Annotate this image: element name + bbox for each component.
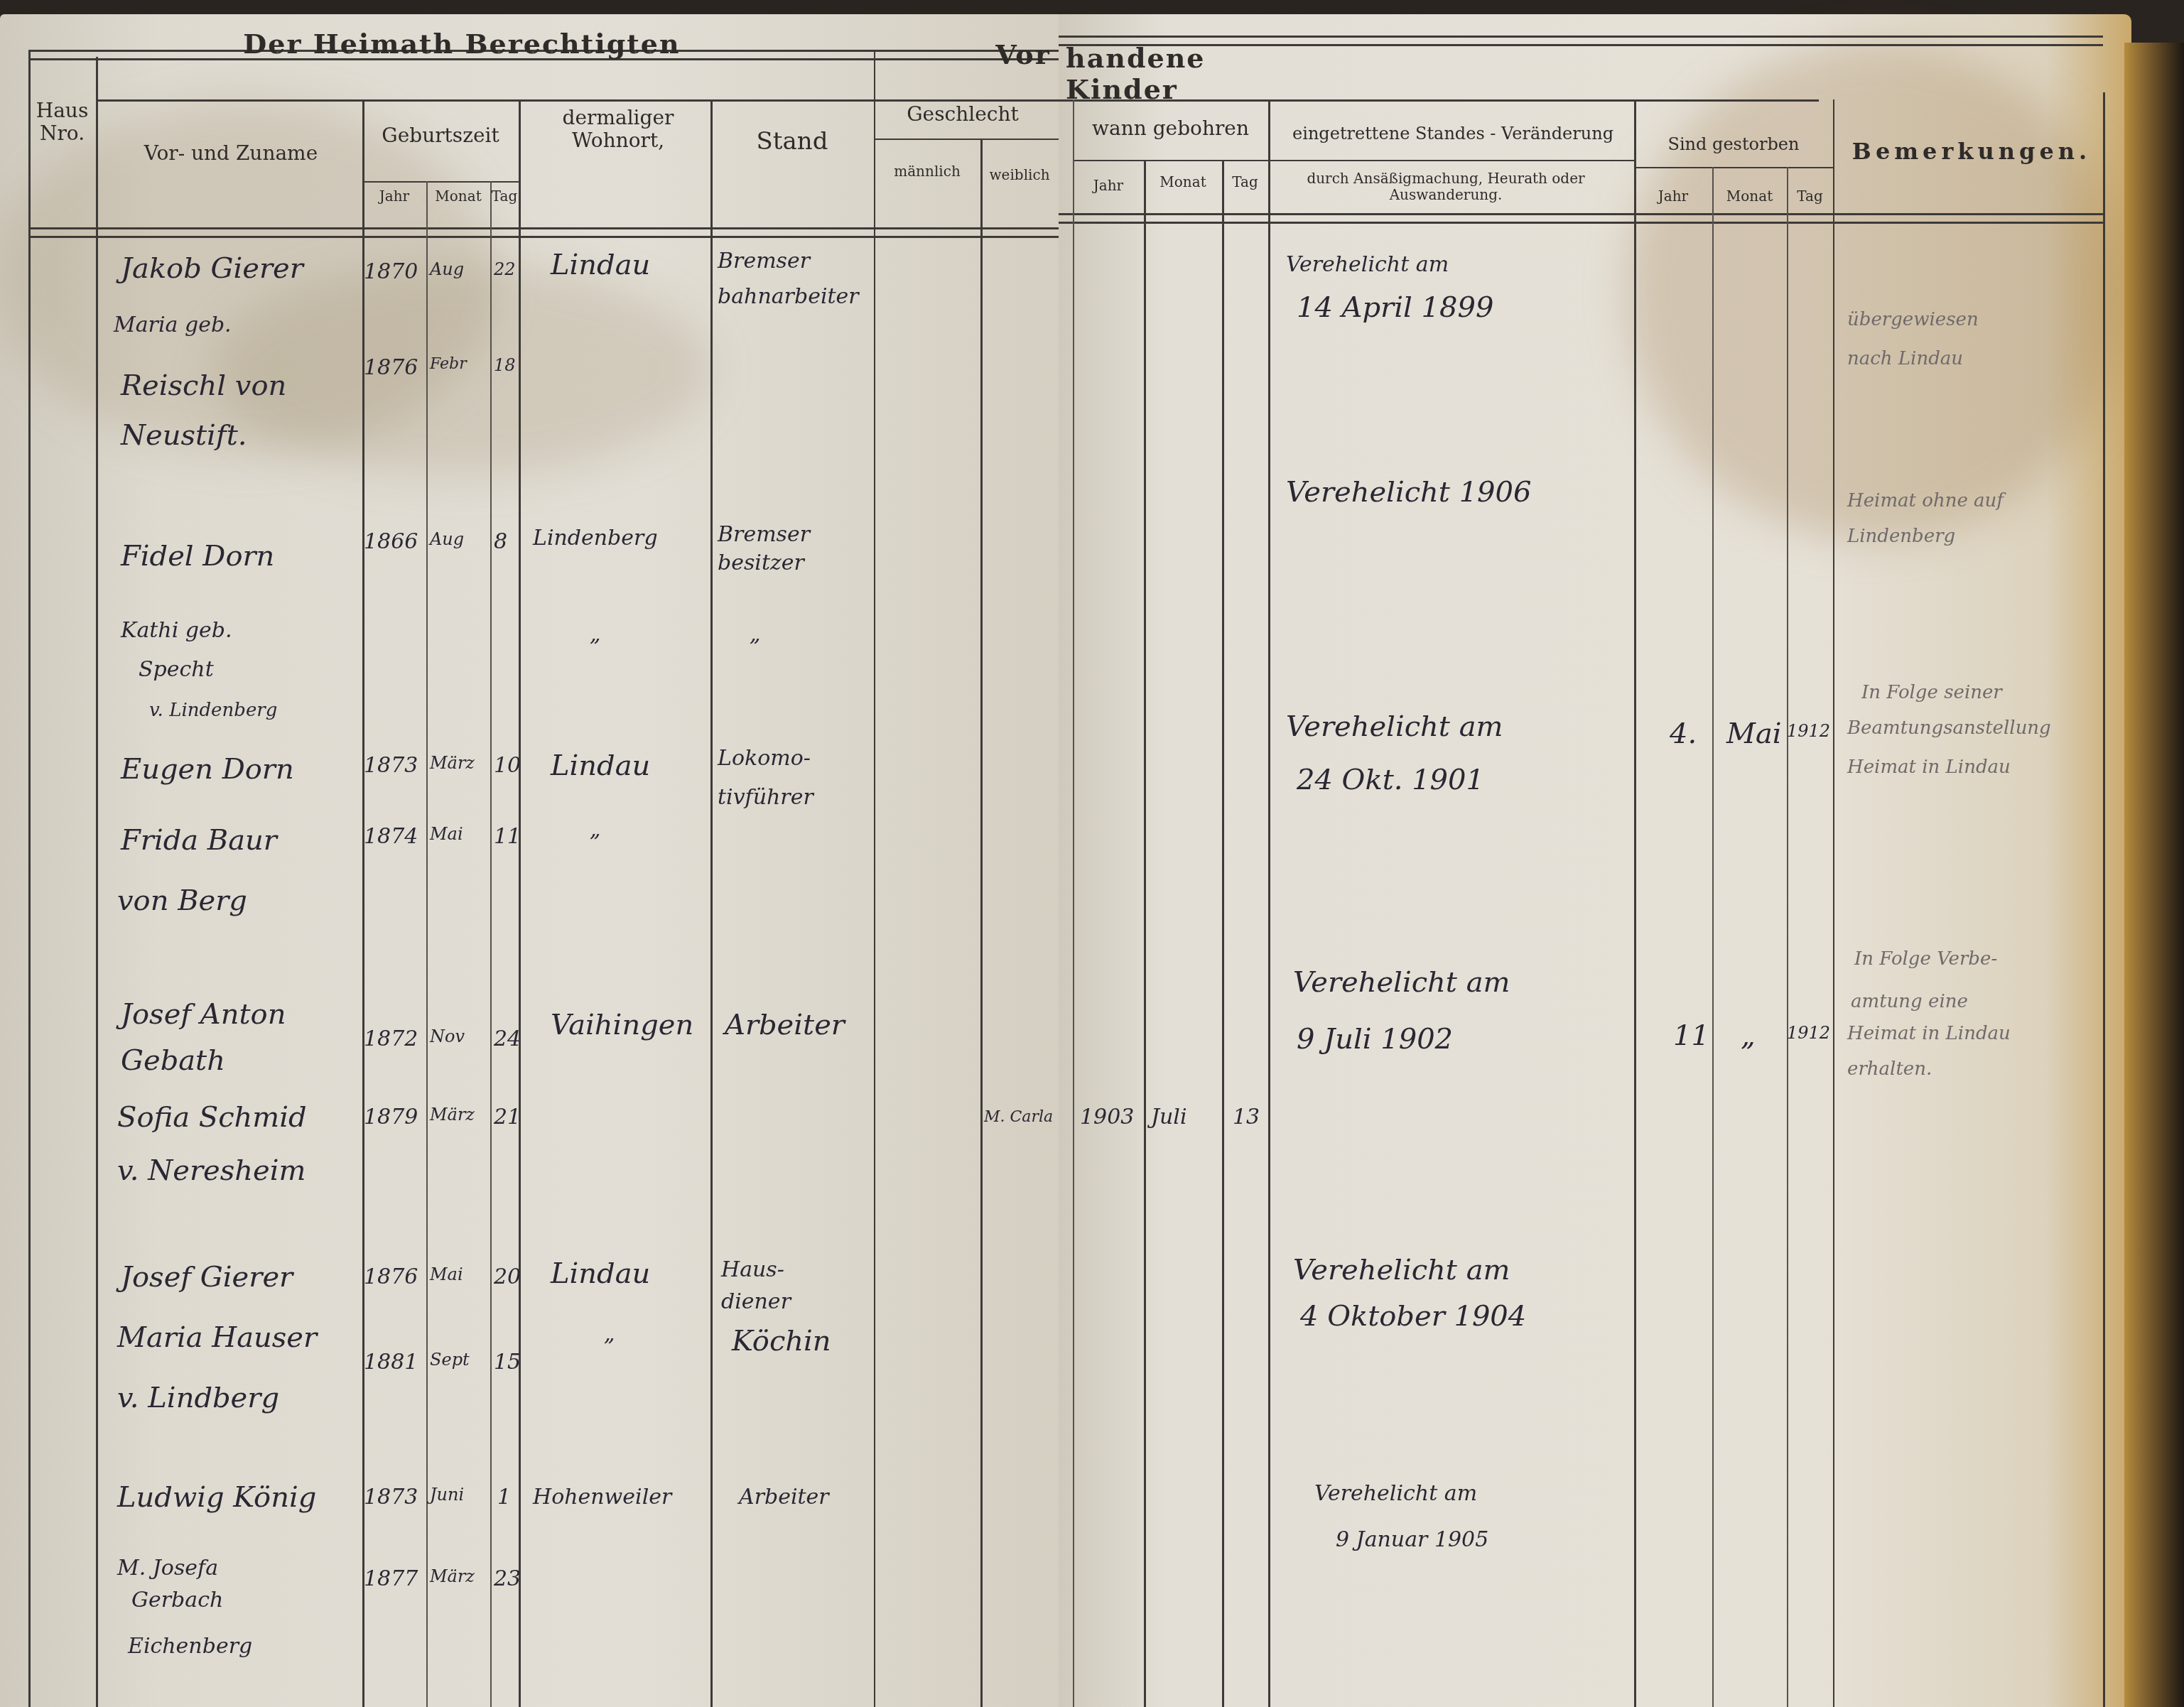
wohnort-ditto: „ [604, 1321, 615, 1346]
col-line [1634, 99, 1636, 1707]
kind-jahr: 1903 [1080, 1105, 1134, 1129]
wohnort: Hohenweiler [533, 1485, 671, 1510]
birth-day: 10 [494, 753, 521, 778]
stand-line: Bremser [718, 249, 810, 273]
birth-day: 22 [494, 259, 516, 279]
header-kind-jahr: Jahr [1073, 178, 1144, 194]
birth-day: 15 [494, 1350, 521, 1375]
bemerkung-line: Beamtungsanstellung [1847, 717, 2051, 739]
stand-line: tivführer [718, 785, 813, 810]
birth-year: 1881 [364, 1350, 418, 1375]
col-line [28, 50, 31, 1707]
col-line [980, 139, 983, 1707]
stand-ditto: „ [750, 622, 761, 646]
name-line: Sofia Schmid [117, 1101, 307, 1134]
header-bemerkungen: Bemerkungen. [1840, 139, 2103, 165]
gestorben-tag: 4. [1670, 717, 1697, 750]
geburtszeit-subrule [362, 181, 519, 183]
veraenderung-line: 9 Juli 1902 [1297, 1023, 1453, 1056]
header-kind-monat: Monat [1144, 174, 1222, 190]
header-bottom-rule-left [28, 227, 1059, 238]
stand-line: Bremser [718, 522, 810, 547]
name-line: Eugen Dorn [121, 753, 294, 786]
veraenderung-line: Verehelicht am [1286, 252, 1449, 277]
bemerkung-line: erhalten. [1847, 1058, 1932, 1080]
col-line [362, 99, 364, 1707]
name-line: Maria geb. [114, 313, 232, 337]
stand-line: Lokomo- [718, 746, 811, 771]
birth-day: 18 [494, 355, 516, 375]
left-page-title: Der Heimath Berechtigten [213, 28, 710, 60]
veraenderung-line: Verehelicht am [1286, 710, 1503, 743]
wohnort: Vaihingen [551, 1009, 693, 1041]
birth-month: März [430, 753, 475, 773]
header-geburtszeit: Geburtszeit [362, 124, 519, 147]
birth-year: 1872 [364, 1026, 418, 1051]
gestorben-tag: 11 [1673, 1019, 1709, 1052]
wohnort-ditto: „ [590, 817, 601, 842]
birth-year: 1866 [364, 529, 418, 554]
header-name: Vor- und Zuname [107, 142, 355, 165]
wohnort-ditto: „ [590, 622, 601, 646]
standes-subrule [1268, 160, 1634, 161]
header-geburt-tag: Tag [490, 188, 519, 205]
birth-month: März [430, 1566, 475, 1586]
birth-day: 24 [494, 1026, 521, 1051]
col-line [490, 181, 492, 1707]
header-geburt-monat: Monat [426, 188, 490, 205]
birth-year: 1870 [364, 259, 418, 284]
kind-name: M. Carla [984, 1108, 1053, 1126]
veraenderung-line: 24 Okt. 1901 [1297, 764, 1484, 796]
stand-line: Köchin [732, 1325, 831, 1358]
veraenderung-line: Verehelicht 1906 [1286, 476, 1531, 509]
birth-year: 1877 [364, 1566, 418, 1591]
bemerkung-line: amtung eine [1851, 991, 1968, 1012]
gestorben-jahr: 1912 [1787, 1023, 1830, 1043]
wohnort: Lindau [551, 249, 650, 281]
col-line [1073, 99, 1074, 1707]
col-line [1712, 167, 1714, 1707]
name-line: Frida Baur [121, 824, 277, 857]
birth-day: 11 [494, 824, 521, 849]
wohnort: Lindau [551, 1257, 650, 1290]
birth-month: Febr [430, 355, 467, 373]
header-stand: Stand [710, 128, 874, 156]
header-rule-left [96, 99, 1059, 102]
header-gestorben-monat: Monat [1712, 188, 1787, 205]
bemerkung-line: Lindenberg [1847, 526, 1955, 547]
bemerkung-line: In Folge seiner [1861, 682, 2002, 703]
veraenderung-line: Verehelicht am [1293, 966, 1510, 999]
name-line: von Berg [117, 884, 247, 917]
col-line-double [1833, 99, 1838, 1707]
stand-line: besitzer [718, 551, 804, 575]
name-line: Fidel Dorn [121, 540, 274, 573]
bemerkung-line: Heimat in Lindau [1847, 757, 2011, 778]
birth-month: Mai [430, 824, 463, 844]
birth-day: 23 [494, 1566, 521, 1591]
right-page-title: handene Kinder [1066, 43, 1314, 104]
stand-line: Arbeiter [739, 1485, 829, 1510]
kind-tag: 13 [1233, 1105, 1260, 1129]
book-edge [2124, 43, 2184, 1707]
name-line: Reischl von [121, 369, 286, 402]
stand-line: diener [721, 1289, 791, 1314]
header-geburt-jahr: Jahr [362, 188, 426, 205]
header-gestorben-tag: Tag [1787, 188, 1833, 205]
gestorben-monat: „ [1741, 1019, 1756, 1052]
stand-line: Haus- [721, 1257, 784, 1282]
birth-month: Aug [430, 529, 464, 549]
col-line [1222, 160, 1224, 1707]
col-line [1787, 167, 1788, 1707]
header-sind-gestorben: Sind gestorben [1634, 135, 1833, 155]
bemerkung-line: Heimat ohne auf [1847, 490, 2004, 511]
veraenderung-line: 9 Januar 1905 [1336, 1527, 1488, 1552]
birth-year: 1876 [364, 355, 418, 380]
header-geschlecht: Geschlecht [874, 103, 1052, 126]
birth-month: Mai [430, 1264, 463, 1284]
header-standesveraenderung: eingetrettene Standes - Veränderung [1279, 124, 1627, 144]
birth-day: 21 [494, 1105, 521, 1129]
wohnort: Lindenberg [533, 526, 658, 551]
name-line: v. Lindenberg [149, 700, 277, 721]
header-rule-right [1059, 99, 1819, 102]
name-line: Kathi geb. [121, 618, 232, 643]
header-kind-tag: Tag [1222, 174, 1268, 190]
name-line: Josef Gierer [121, 1261, 293, 1294]
wohnort: Lindau [551, 749, 650, 782]
header-wann-gebohren: wann gebohren [1073, 117, 1268, 140]
stand-line: Arbeiter [725, 1009, 845, 1041]
birth-day: 8 [494, 529, 507, 554]
name-line: Jakob Gierer [121, 252, 303, 285]
birth-day: 20 [494, 1264, 521, 1289]
name-line: v. Lindberg [117, 1382, 279, 1414]
birth-year: 1876 [364, 1264, 418, 1289]
col-line [1268, 99, 1270, 1707]
header-bottom-rule-right [1059, 213, 2103, 224]
gestorben-monat: Mai [1726, 717, 1782, 750]
col-line-double [874, 50, 879, 1707]
name-line: Neustift. [121, 419, 247, 452]
bemerkung-line: übergewiesen [1847, 309, 1979, 330]
col-line [426, 181, 428, 1707]
col-line [1144, 160, 1146, 1707]
right-page [1059, 14, 2131, 1707]
header-haus-nr: Haus Nro. [28, 99, 96, 145]
name-line: Gebath [121, 1044, 225, 1077]
name-line: Gerbach [131, 1588, 223, 1613]
birth-day: 1 [497, 1485, 511, 1510]
name-line: Josef Anton [121, 998, 286, 1031]
kind-monat: Juli [1151, 1105, 1187, 1129]
birth-month: Juni [430, 1485, 464, 1505]
birth-month: Aug [430, 259, 464, 279]
birth-year: 1874 [364, 824, 418, 849]
col-line [2103, 92, 2105, 1707]
name-line: Ludwig König [117, 1481, 316, 1514]
name-line: Maria Hauser [117, 1321, 317, 1354]
birth-year: 1879 [364, 1105, 418, 1129]
birth-month: Nov [430, 1026, 465, 1046]
name-line: v. Neresheim [117, 1154, 306, 1187]
header-gestorben-jahr: Jahr [1634, 188, 1712, 205]
header-maennlich: männlich [874, 163, 980, 180]
geschlecht-subrule [874, 139, 1059, 140]
wann-gebohren-subrule [1073, 160, 1268, 161]
bemerkung-line: nach Lindau [1847, 348, 1963, 369]
bemerkung-line: In Folge Verbe- [1854, 948, 1997, 970]
col-line [710, 99, 713, 1707]
name-line: Specht [139, 657, 214, 682]
birth-month: Sept [430, 1350, 470, 1370]
birth-month: März [430, 1105, 475, 1125]
header-wohnort: dermaliger Wohnort, [540, 107, 696, 152]
veraenderung-line: 4 Oktober 1904 [1300, 1300, 1526, 1333]
col-line [519, 99, 521, 1707]
header-standes-sub: durch Ansäßigmachung, Heurath oder Auswa… [1293, 170, 1599, 203]
name-line: Eichenberg [128, 1634, 252, 1659]
birth-year: 1873 [364, 753, 418, 778]
veraenderung-line: Verehelicht am [1314, 1481, 1477, 1506]
name-line: M. Josefa [117, 1556, 218, 1581]
gestorben-subrule [1634, 167, 1833, 168]
birth-year: 1873 [364, 1485, 418, 1510]
spanning-title-left: Vor [988, 39, 1059, 70]
veraenderung-line: Verehelicht am [1293, 1254, 1510, 1286]
col-line [96, 57, 98, 1707]
gestorben-jahr: 1912 [1787, 721, 1830, 741]
stand-line: bahnarbeiter [718, 284, 859, 309]
veraenderung-line: 14 April 1899 [1297, 291, 1493, 324]
bemerkung-line: Heimat in Lindau [1847, 1023, 2011, 1044]
header-weiblich: weiblich [980, 167, 1059, 183]
